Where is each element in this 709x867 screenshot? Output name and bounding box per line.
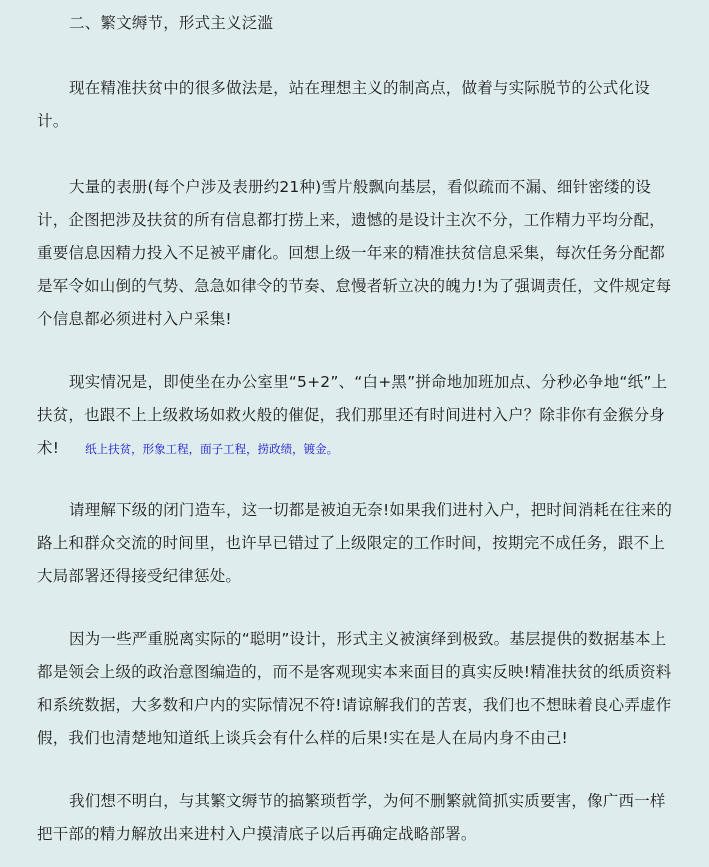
paragraph-3: 现实情况是，即使坐在办公室里“5+2”、“白+黑”拼命地加班加点、分秒必争地“纸… bbox=[37, 366, 677, 466]
paragraph-5: 因为一些严重脱离实际的“聪明”设计，形式主义被演绎到极致。基层提供的数据基本上都… bbox=[37, 623, 677, 755]
section-heading: 二、繁文缛节，形式主义泛滥 bbox=[37, 7, 677, 40]
paragraph-1: 现在精准扶贫中的很多做法是，站在理想主义的制高点，做着与实际脱节的公式化设计。 bbox=[37, 72, 677, 138]
annotation-note: 纸上扶贫，形象工程，面子工程，捞政绩，镀金。 bbox=[85, 442, 338, 456]
document: 二、繁文缛节，形式主义泛滥 现在精准扶贫中的很多做法是，站在理想主义的制高点，做… bbox=[0, 0, 709, 867]
paragraph-4: 请理解下级的闭门造车，这一切都是被迫无奈!如果我们进村入户，把时间消耗在往来的路… bbox=[37, 494, 677, 593]
paragraph-6: 我们想不明白，与其繁文缛节的搞繁琐哲学，为何不删繁就简抓实质要害，像广西一样把干… bbox=[37, 785, 677, 851]
paragraph-2: 大量的表册(每个户涉及表册约21种)雪片般飘向基层，看似疏而不漏、细针密缕的设计… bbox=[37, 171, 677, 336]
